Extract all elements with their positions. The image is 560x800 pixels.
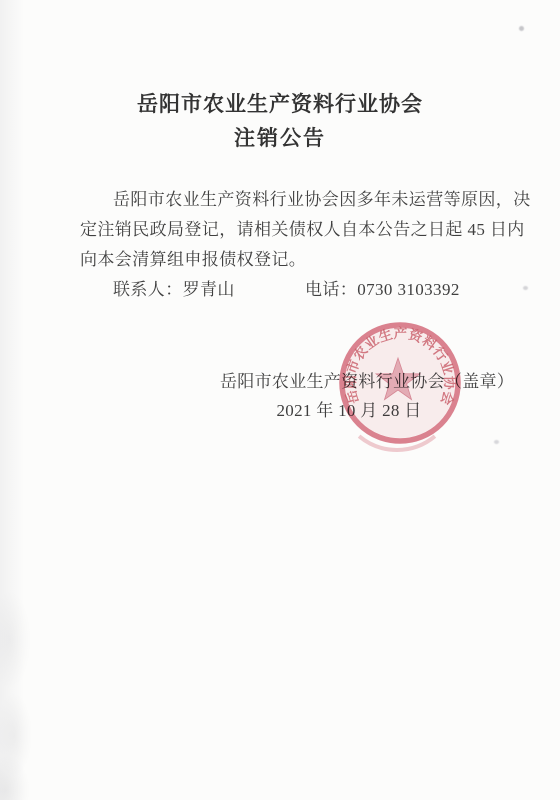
body-line: 岳阳市农业生产资料行业协会因多年未运营等原因，决 <box>80 185 520 215</box>
contact-person: 联系人：罗青山 <box>113 275 235 305</box>
scan-speck <box>494 440 499 444</box>
body-paragraph: 岳阳市农业生产资料行业协会因多年未运营等原因，决 定注销民政局登记，请相关债权人… <box>80 185 520 275</box>
body-line: 向本会清算组申报债权登记。 <box>80 245 520 275</box>
scan-speck <box>519 26 524 31</box>
official-seal: 岳阳市农业生产资料行业协会 <box>325 306 485 466</box>
body-line: 定注销民政局登记，请相关债权人自本公告之日起 45 日内 <box>80 215 520 245</box>
contact-row: 联系人：罗青山 电话：0730 3103392 <box>80 275 520 305</box>
document-title: 岳阳市农业生产资料行业协会 注销公告 <box>0 92 560 151</box>
document-title-line2: 注销公告 <box>0 126 560 151</box>
document-title-line1: 岳阳市农业生产资料行业协会 <box>0 92 560 117</box>
contact-phone: 电话：0730 3103392 <box>305 275 460 305</box>
scan-speck <box>523 286 528 290</box>
scanned-document-page: 岳阳市农业生产资料行业协会 注销公告 岳阳市农业生产资料行业协会因多年未运营等原… <box>0 0 560 800</box>
